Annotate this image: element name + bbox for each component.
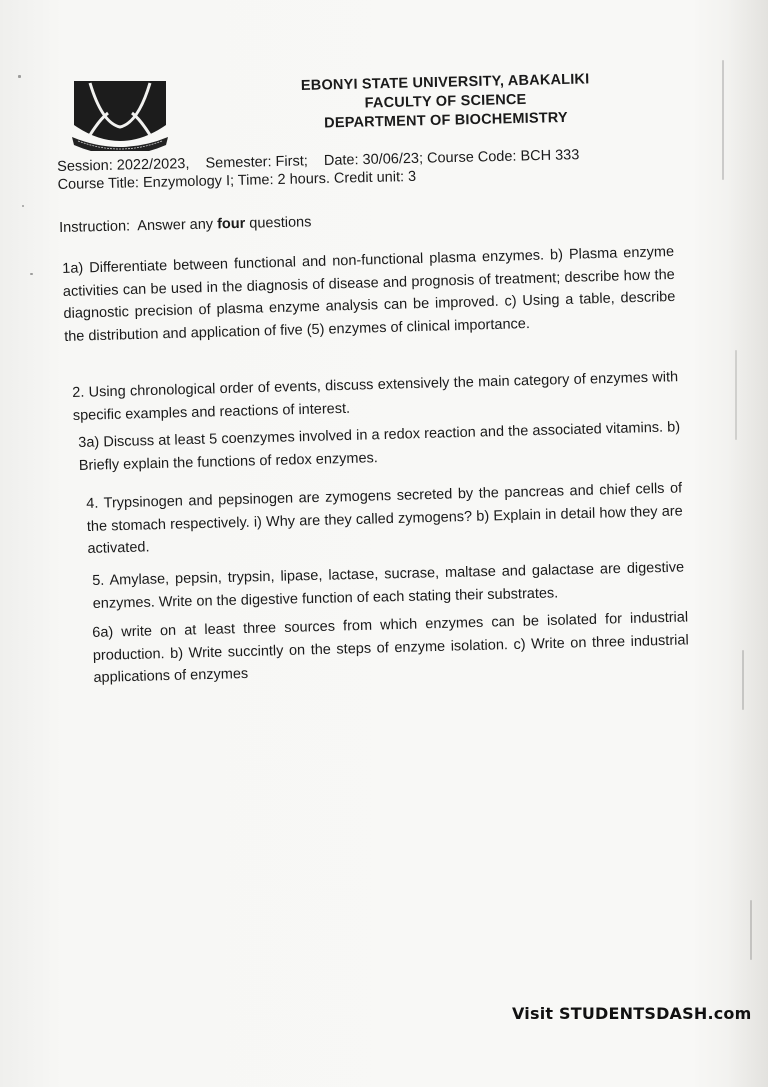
exam-header: EBONYI STATE UNIVERSITY, ABAKALIKI FACUL… [255, 69, 636, 135]
page-edge-shadow [728, 0, 768, 1087]
instruction-emphasis: four [217, 216, 246, 233]
question-6: 6a) write on at least three sources from… [92, 606, 690, 689]
scan-speck [18, 75, 21, 78]
scan-speck [742, 650, 744, 710]
scan-speck [22, 205, 24, 207]
scan-speck [750, 900, 752, 960]
scan-speck [30, 273, 33, 275]
university-crest-icon [70, 79, 170, 151]
question-5: 5. Amylase, pepsin, trypsin, lipase, lac… [92, 557, 685, 615]
watermark-link[interactable]: Visit STUDENTSDASH.com [512, 1004, 752, 1023]
scan-speck [735, 350, 737, 440]
course-info: Session: 2022/2023, Semester: First; Dat… [57, 144, 658, 194]
question-1: 1a) Differentiate between functional and… [62, 241, 676, 348]
question-4: 4. Trypsinogen and pepsinogen are zymoge… [86, 477, 684, 560]
scan-speck [722, 60, 724, 180]
question-3: 3a) Discuss at least 5 coenzymes involve… [78, 416, 681, 477]
exam-paper-page: EBONYI STATE UNIVERSITY, ABAKALIKI FACUL… [0, 0, 768, 1087]
instruction: Instruction: Answer any four questions [59, 214, 312, 236]
